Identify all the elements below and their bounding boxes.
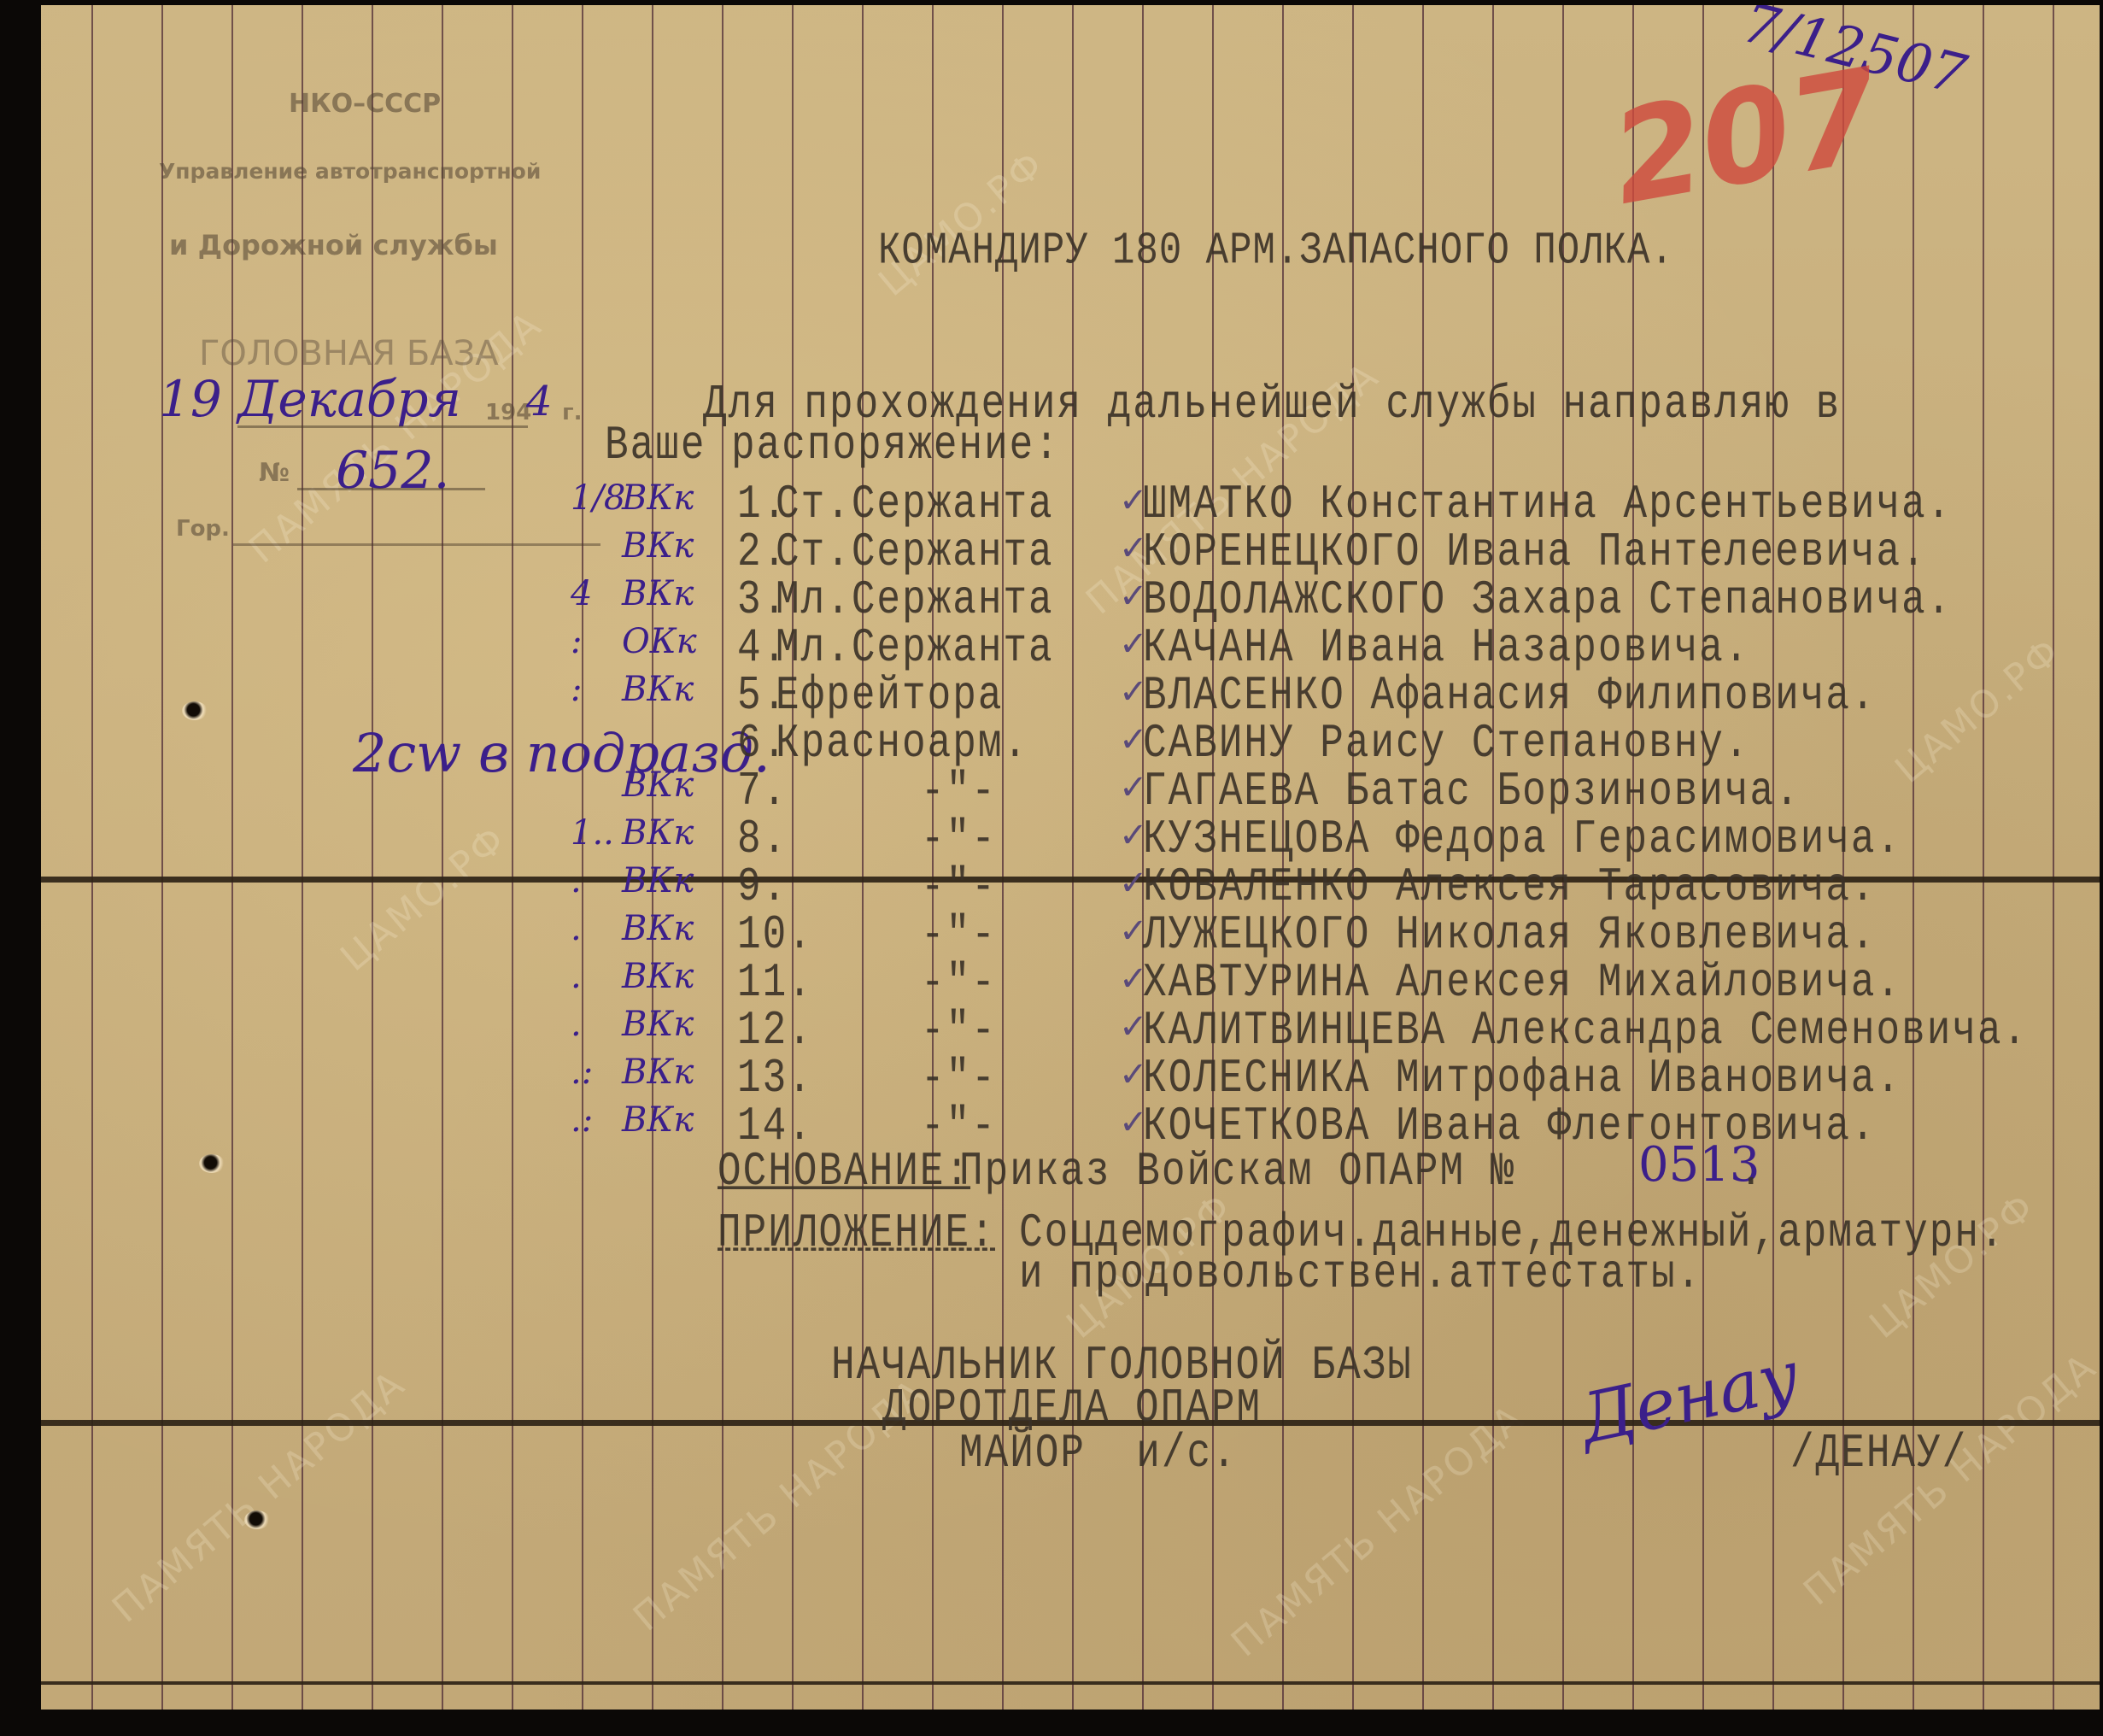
list-item: 6. Красноарм. ✓ САВИНУ Раису Степановну. (41, 720, 2091, 768)
side-mark: . (571, 864, 582, 898)
side-mark: .: (571, 1103, 593, 1137)
list-item: ВКк 7. -"- ✓ ГАГАЕВА Батас Борзиновича. (41, 768, 2091, 816)
item-number: 11. (737, 959, 813, 1006)
item-rank: Ст.Сержанта (776, 481, 1054, 528)
item-rank: -"- (921, 816, 997, 863)
item-rank: Красноарм. (776, 720, 1028, 767)
attachment-line2: и продовольствен.аттестаты. (1019, 1251, 1702, 1298)
item-number: 7. (737, 768, 788, 815)
item-name: КОЛЕСНИКА Митрофана Ивановича. (1143, 1055, 1901, 1102)
handwritten-mark: ВКк (622, 816, 694, 850)
item-rank: -"- (921, 768, 997, 815)
list-item: . ВКк 11. -"- ✓ ХАВТУРИНА Алексея Михайл… (41, 959, 2091, 1007)
item-name: САВИНУ Раису Степановну. (1143, 720, 1750, 767)
attachment-label: ПРИЛОЖЕНИЕ: (718, 1210, 996, 1257)
handwritten-date: 19 Декабря (159, 374, 461, 424)
stamp-line4: ГОЛОВНАЯ БАЗА (199, 334, 499, 373)
item-number: 10. (737, 912, 813, 959)
handwritten-mark: ВКк (622, 1103, 694, 1137)
item-name: ВОДОЛАЖСКОГО Захара Степановича. (1143, 577, 1952, 624)
handwritten-mark: ВКк (622, 1055, 694, 1089)
side-mark: .: (571, 1055, 593, 1089)
list-item: 1.. ВКк 8. -"- ✓ КУЗНЕЦОВА Федора Гераси… (41, 816, 2091, 864)
document-page: ЦАМО.РФ ПАМЯТЬ НАРОДА ПАМЯТЬ НАРОДА ЦАМО… (41, 5, 2100, 1710)
list-item: . ВКк 10. -"- ✓ ЛУЖЕЦКОГО Николая Яковле… (41, 912, 2091, 959)
handwritten-mark: ВКк (622, 912, 694, 946)
handwritten-mark: ВКк (622, 481, 694, 515)
stamp-year-end: г. (562, 400, 582, 425)
stamp-line2: Управление автотранспортной (159, 159, 541, 184)
item-name: КОВАЛЕНКО Алексея Тарасовича. (1143, 864, 1877, 911)
item-rank: -"- (921, 959, 997, 1006)
side-mark: 1.. (571, 816, 614, 850)
side-mark: . (571, 959, 582, 994)
side-mark: . (571, 912, 582, 946)
item-rank: Ефрейтора (776, 672, 1003, 719)
intro-line2: Ваше распоряжение: (605, 422, 1060, 469)
handwritten-mark: ВКк (622, 864, 694, 898)
stamp-year: 194 (485, 400, 531, 425)
handwritten-mark: ВКк (622, 768, 694, 802)
list-item: .: ВКк 13. -"- ✓ КОЛЕСНИКА Митрофана Ива… (41, 1055, 2091, 1103)
side-mark: 4 (571, 577, 592, 611)
item-number: 12. (737, 1007, 813, 1054)
signature-title-line2: ДОРОТДЕЛА ОПАРМ (882, 1385, 1262, 1432)
item-name: ЛУЖЕЦКОГО Николая Яковлевича. (1143, 912, 1877, 959)
item-number: 8. (737, 816, 788, 863)
signatory-name: /ДЕНАУ/ (1790, 1430, 1967, 1477)
list-item: .: ВКк 14. -"- ✓ КОЧЕТКОВА Ивана Флегонт… (41, 1103, 2091, 1151)
handwritten-mark: ВКк (622, 529, 694, 563)
handwritten-mark: ВКк (622, 672, 694, 707)
punch-hole (199, 1154, 225, 1173)
list-item: : ВКк 5. Ефрейтора ✓ ВЛАСЕНКО Афанасия Ф… (41, 672, 2091, 720)
list-item: : ОКк 4. Мл.Сержанта ✓ КАЧАНА Ивана Наза… (41, 625, 2091, 672)
side-mark: 1/8 (571, 481, 625, 515)
item-rank: Ст.Сержанта (776, 529, 1054, 576)
item-rank: -"- (921, 864, 997, 911)
item-rank: -"- (921, 1103, 997, 1150)
handwritten-mark: ВКк (622, 1007, 694, 1041)
item-name: КАЛИТВИНЦЕВА Александра Семеновича. (1143, 1007, 2028, 1054)
list-item: 4 ВКк 3. Мл.Сержанта ✓ ВОДОЛАЖСКОГО Заха… (41, 577, 2091, 625)
item-rank: Мл.Сержанта (776, 625, 1054, 672)
item-name: ШМАТКО Константина Арсентьевича. (1143, 481, 1952, 528)
side-mark: : (571, 672, 582, 707)
handwritten-year: 4 (526, 381, 553, 422)
basis-end: . (1739, 1148, 1765, 1195)
item-number: 9. (737, 864, 788, 911)
list-item: . ВКк 12. -"- ✓ КАЛИТВИНЦЕВА Александра … (41, 1007, 2091, 1055)
item-name: КАЧАНА Ивана Назаровича. (1143, 625, 1750, 672)
item-rank: Мл.Сержанта (776, 577, 1054, 624)
item-name: ВЛАСЕНКО Афанасия Филиповича. (1143, 672, 1877, 719)
item-number: 13. (737, 1055, 813, 1102)
bottom-rule (41, 1681, 2100, 1685)
item-rank: -"- (921, 1055, 997, 1102)
item-name: КУЗНЕЦОВА Федора Герасимовича. (1143, 816, 1901, 863)
punch-hole (244, 1510, 270, 1529)
item-name: ГАГАЕВА Батас Борзиновича. (1143, 768, 1801, 815)
list-item: . ВКк 9. -"- ✓ КОВАЛЕНКО Алексея Тарасов… (41, 864, 2091, 912)
basis-text: Приказ Войскам ОПАРМ № (959, 1148, 1515, 1195)
item-name: КОРЕНЕЦКОГО Ивана Пантелеевича. (1143, 529, 1927, 576)
handwritten-mark: ОКк (622, 625, 697, 659)
item-name: КОЧЕТКОВА Ивана Флегонтовича. (1143, 1103, 1877, 1150)
stamp-line3: и Дорожной службы (169, 229, 498, 261)
signature-rank: МАЙОР и/с. (959, 1430, 1238, 1477)
item-rank: -"- (921, 1007, 997, 1054)
stamp-line1: НКО–СССР (289, 89, 441, 119)
handwritten-mark: ВКк (622, 959, 694, 994)
list-item: 1/8 ВКк 1. Ст.Сержанта ✓ ШМАТКО Констант… (41, 481, 2091, 529)
item-number: 14. (737, 1103, 813, 1150)
side-mark: . (571, 1007, 582, 1041)
handwritten-mark: ВКк (622, 577, 694, 611)
item-rank: -"- (921, 912, 997, 959)
side-mark: : (571, 625, 582, 659)
basis-label: ОСНОВАНИЕ: (718, 1148, 970, 1195)
list-item: ВКк 2. Ст.Сержанта ✓ КОРЕНЕЦКОГО Ивана П… (41, 529, 2091, 577)
item-name: ХАВТУРИНА Алексея Михайловича. (1143, 959, 1901, 1006)
addressee: КОМАНДИРУ 180 АРМ.ЗАПАСНОГО ПОЛКА. (878, 229, 1674, 274)
date-underline (237, 425, 528, 428)
